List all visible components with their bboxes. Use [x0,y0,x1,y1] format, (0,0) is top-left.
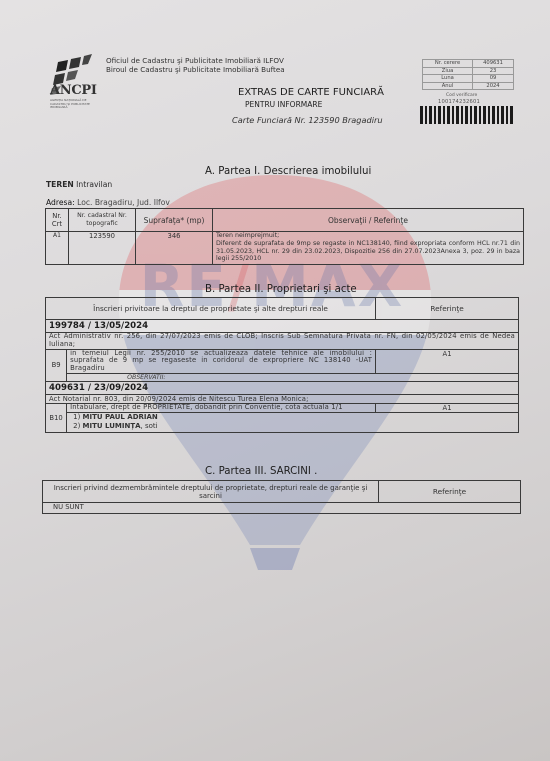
entry-id: 199784 / 13/05/2024 [46,320,519,333]
request-row: Ziua23 [423,67,514,75]
part-b-table: Înscrieri privitoare la dreptul de propr… [45,297,519,433]
col-suprafata: Suprafaţa* (mp) [136,209,213,232]
col-referinte: Referinţe [379,481,521,503]
document-subtitle: PENTRU INFORMARE [245,100,322,109]
entry-act-row: Act Administrativ nr. 256, din 27/07/202… [46,333,519,350]
entry-id-row: 409631 / 23/09/2024 [46,381,519,394]
part-a-table: Nr. Crt Nr. cadastral Nr. topografic Sup… [45,208,524,265]
part-b-title: B. Partea II. Proprietari şi acte [205,284,357,295]
owner-item: 1) MITU PAUL ADRIAN [73,413,515,423]
barcode-icon [420,106,516,124]
verification-code-label: Cod verificare [446,93,477,98]
col-inscrieri: Inscrieri privind dezmembrămintele drept… [43,481,379,503]
table-header-row: Nr. Crt Nr. cadastral Nr. topografic Sup… [46,209,524,232]
table-row: A1 123590 346 Teren neimprejmuit; Difere… [46,232,524,265]
verification-code: 100174232601 [438,99,480,105]
property-address: Adresa: Loc. Bragadiru, Jud. Ilfov [46,198,170,207]
ancpi-logo-subtext: AGENȚIA NAȚIONALĂ DE CADASTRU ȘI PUBLICI… [50,99,92,110]
office-name: Oficiul de Cadastru şi Publicitate Imobi… [106,57,285,74]
part-c-title: C. Partea III. SARCINI . [205,466,317,477]
document-title: EXTRAS DE CARTE FUNCIARĂ [238,87,384,98]
request-row: Anul2024 [423,82,514,90]
request-row: Nr. cerere409631 [423,60,514,68]
sarcini-value: NU SUNT [43,503,521,514]
table-header-row: Înscrieri privitoare la dreptul de propr… [46,298,519,320]
carte-funciara-number: Carte Funciară Nr. 123590 Bragadiru [232,115,383,125]
col-referinte: Referinţe [376,298,519,320]
col-nr-crt: Nr. Crt [46,209,69,232]
entry-detail-row: B10 Intabulare, drept de PROPRIETATE, do… [46,403,519,412]
ancpi-logo-text: ANCPI [50,83,97,98]
entry-detail-row: B9 in temeiul Legii nr. 255/2010 se actu… [46,349,519,373]
table-row: NU SUNT [43,503,521,514]
table-header-row: Inscrieri privind dezmembrămintele drept… [43,481,521,503]
entry-observatii-row: OBSERVATII: [46,373,519,381]
request-row: Luna09 [423,75,514,83]
col-inscrieri: Înscrieri privitoare la dreptul de propr… [46,298,376,320]
entry-owners-row: 1) MITU PAUL ADRIAN 2) MITU LUMINȚA, sot… [46,412,519,432]
property-type: TEREN Intravilan [46,180,112,189]
col-nr-cadastral: Nr. cadastral Nr. topografic [69,209,136,232]
part-a-title: A. Partea I. Descrierea imobilului [205,166,371,177]
part-c-table: Inscrieri privind dezmembrămintele drept… [42,480,521,514]
owner-item: 2) MITU LUMINȚA, soti [73,422,515,432]
col-observatii: Observaţii / Referinţe [213,209,524,232]
entry-id: 409631 / 23/09/2024 [46,381,519,394]
entry-id-row: 199784 / 13/05/2024 [46,320,519,333]
request-info-table: Nr. cerere409631 Ziua23 Luna09 Anul2024 [422,59,514,90]
owners-list: 1) MITU PAUL ADRIAN 2) MITU LUMINȚA, sot… [67,412,519,432]
document-page: ANCPI AGENȚIA NAȚIONALĂ DE CADASTRU ȘI P… [0,0,550,761]
